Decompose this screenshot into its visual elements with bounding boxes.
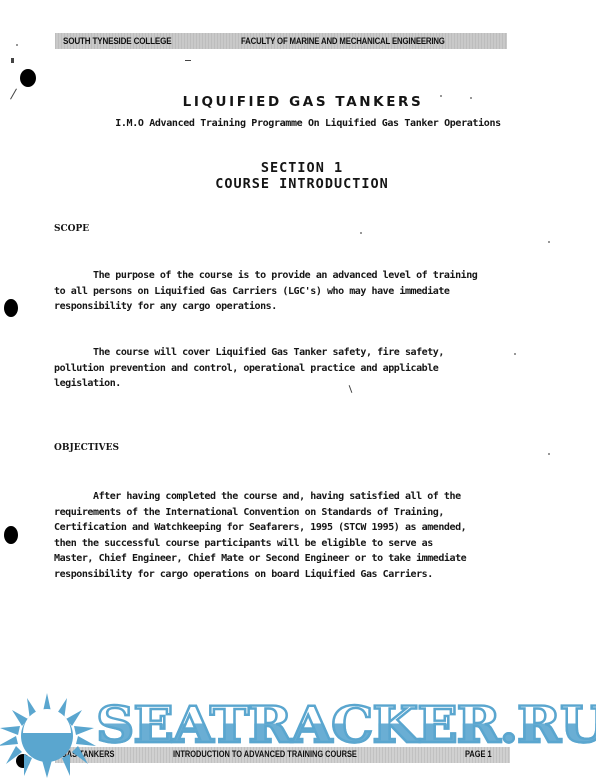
punch-hole-icon	[4, 299, 18, 317]
document-page: SOUTH TYNESIDE COLLEGE FACULTY OF MARINE…	[0, 0, 596, 778]
scan-mark	[185, 60, 191, 61]
watermark-text: SEATRACKER.RU	[96, 695, 596, 754]
objectives-paragraph-1: After having completed the course and, h…	[54, 489, 524, 582]
scan-mark	[11, 58, 14, 63]
section-name: COURSE INTRODUCTION	[0, 176, 596, 192]
footer-left: GAS TANKERS	[61, 749, 114, 760]
section-number: SECTION 1	[0, 160, 596, 176]
page-header: SOUTH TYNESIDE COLLEGE FACULTY OF MARINE…	[55, 33, 507, 49]
footer-center: INTRODUCTION TO ADVANCED TRAINING COURSE	[173, 749, 357, 760]
punch-hole-icon	[20, 69, 36, 87]
objectives-heading: OBJECTIVES	[54, 443, 119, 453]
punch-hole-icon	[16, 754, 30, 768]
document-subtitle: I.M.O Advanced Training Programme On Liq…	[0, 118, 596, 129]
scope-paragraph-1: The purpose of the course is to provide …	[54, 268, 524, 315]
watermark: SEATRACKER.RU	[0, 688, 596, 778]
sun-icon	[0, 688, 102, 778]
scope-paragraph-2: The course will cover Liquified Gas Tank…	[54, 345, 524, 392]
footer-page-number: PAGE 1	[465, 749, 492, 760]
punch-hole-icon	[4, 526, 18, 544]
page-footer: GAS TANKERS INTRODUCTION TO ADVANCED TRA…	[55, 747, 510, 763]
document-title: LIQUIFIED GAS TANKERS	[0, 94, 596, 110]
scope-heading: SCOPE	[54, 224, 89, 234]
header-faculty: FACULTY OF MARINE AND MECHANICAL ENGINEE…	[241, 36, 445, 47]
header-college: SOUTH TYNESIDE COLLEGE	[63, 36, 171, 47]
